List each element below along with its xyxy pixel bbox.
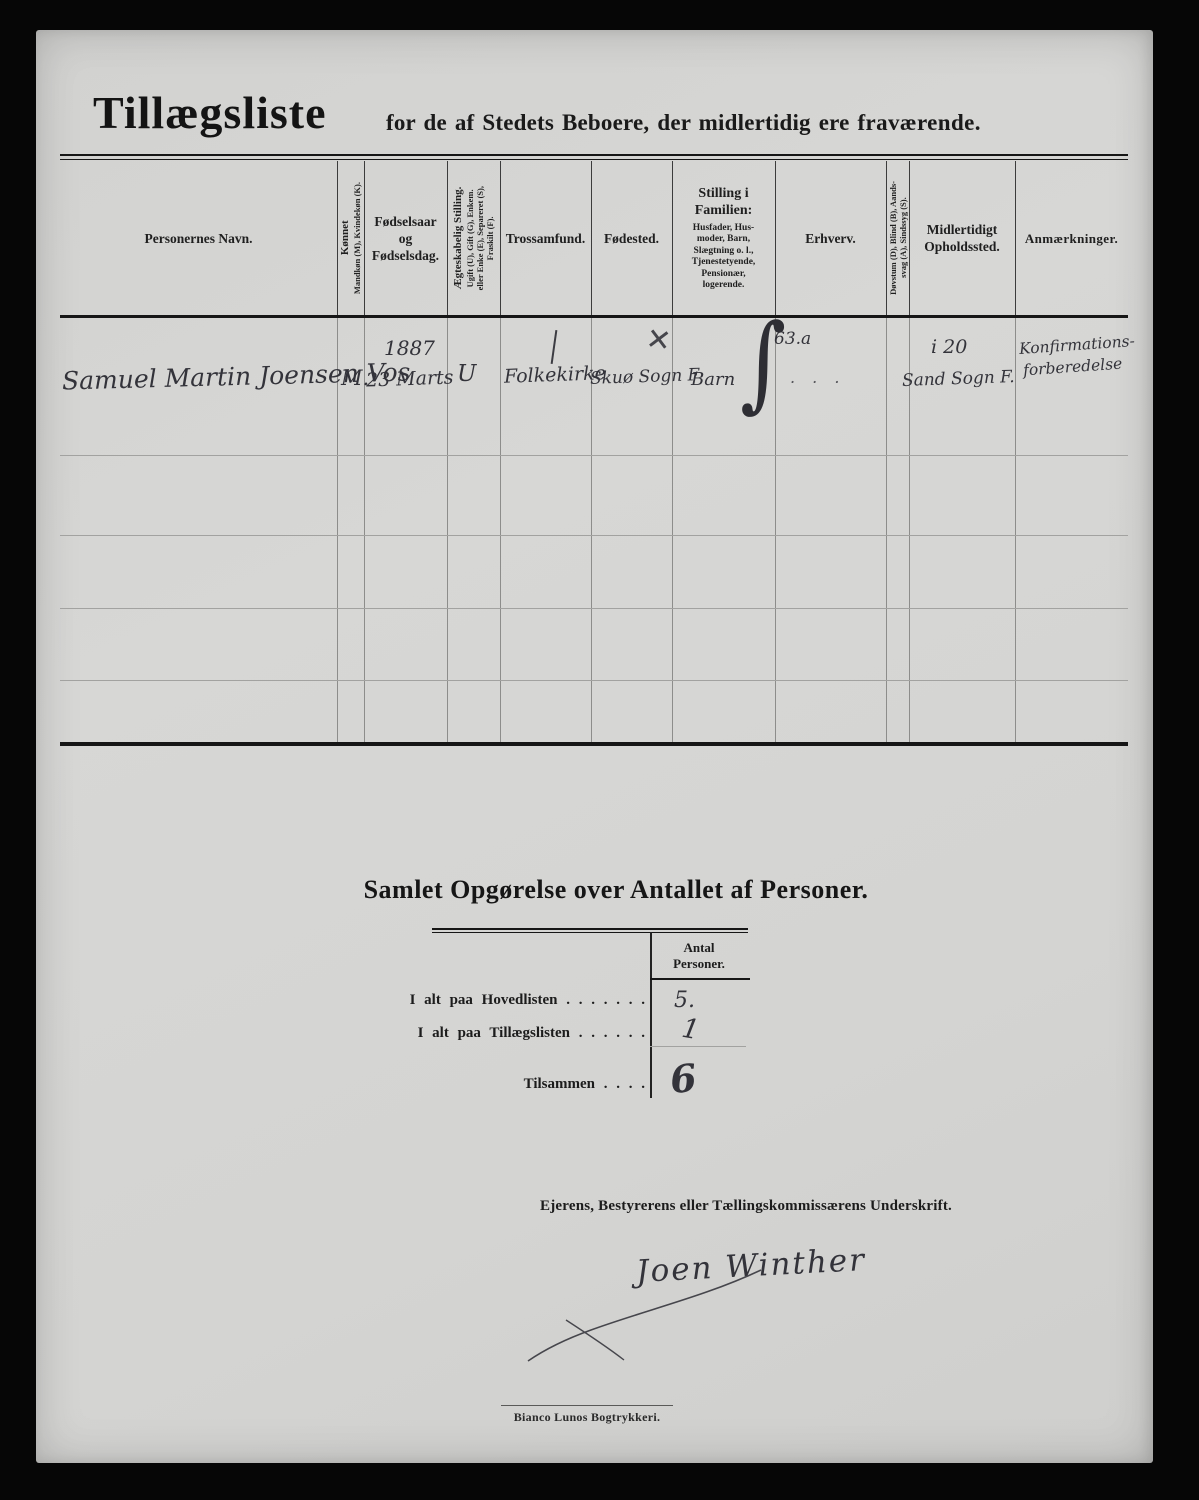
header-label: Personernes Navn. — [145, 230, 253, 247]
entry-birth-date: 23 Marts — [366, 366, 454, 391]
column-header-anmaerkninger: Anmærkninger. — [1015, 161, 1128, 315]
summary-value-hovedlisten: 5. — [674, 988, 695, 1013]
footer-rule — [501, 1405, 673, 1406]
page-title: Tillægsliste — [93, 86, 327, 139]
row-divider — [60, 608, 1128, 609]
title-rule-top — [60, 154, 1128, 156]
column-header-midlertidigt-opholdssted: Midlertidigt Opholdssted. — [909, 161, 1015, 315]
entry-remark-line2: forberedelse — [1022, 355, 1122, 380]
column-header-doevstum: Døvstum (D), Blind (B), Aands- svag (A),… — [886, 161, 909, 315]
signature-flourish — [506, 1258, 786, 1368]
summary-subtotal-rule — [650, 1046, 746, 1047]
summary-row-hovedlisten-label: I alt paa Hovedlisten . . . . . . . — [236, 992, 645, 1009]
table-bottom-rule — [60, 742, 1128, 746]
entry-temporary-residence: Sand Sogn F. — [902, 367, 1015, 391]
signature-label: Ejerens, Bestyrerens eller Tællingskommi… — [456, 1198, 1036, 1215]
header-bottom-rule — [60, 315, 1128, 318]
pen-stroke-large: ∫ — [740, 292, 786, 432]
column-header-erhverv: Erhverv. — [775, 161, 886, 315]
summary-rule-top2 — [432, 932, 748, 933]
margin-note: 63.a — [774, 329, 811, 349]
subtitle-text: for de af Stedets Beboere, der midlertid… — [386, 110, 850, 135]
pen-stroke — [551, 330, 558, 364]
title-rule-bottom — [60, 159, 1128, 160]
subtitle-emphasis: fraværende. — [857, 110, 980, 135]
entry-occupation: . . . — [790, 368, 845, 387]
summary-value-tilsammen: 6 — [668, 1055, 699, 1103]
column-header-personernes-navn: Personernes Navn. — [60, 161, 337, 315]
row-divider — [60, 680, 1128, 681]
summary-column-header: Antal Personer. — [652, 940, 746, 972]
x-mark: ✕ — [644, 321, 674, 359]
column-header-aegteskabelig-stilling: Ægteskabelig Stilling. Ugift (U), Gift (… — [447, 161, 500, 315]
entry-family-position: Barn — [691, 369, 735, 390]
vertical-header-text: Døvstum (D), Blind (B), Aands- svag (A),… — [888, 181, 908, 295]
column-header-koennet: Kønnet Mandkøn (M), Kvindekøn (K). — [337, 161, 364, 315]
summary-row-tillaegslisten-label: I alt paa Tillægslisten . . . . . . — [236, 1025, 645, 1042]
paper-sheet: Tillægsliste for de af Stedets Beboere, … — [36, 30, 1153, 1463]
page-subtitle: for de af Stedets Beboere, der midlertid… — [386, 110, 981, 136]
scanned-census-page: Tillægsliste for de af Stedets Beboere, … — [0, 0, 1199, 1500]
summary-heading: Samlet Opgørelse over Antallet af Person… — [266, 875, 966, 905]
entry-birth-year: 1887 — [384, 336, 435, 360]
entry-temporary-residence-number: i 20 — [931, 336, 967, 358]
printer-imprint: Bianco Lunos Bogtrykkeri. — [461, 1410, 713, 1425]
entry-marital-status: U — [457, 361, 476, 387]
summary-column-rule — [650, 978, 750, 980]
vertical-header-text: Kønnet Mandkøn (M), Kvindekøn (K). — [339, 182, 362, 294]
summary-rule-top — [432, 928, 748, 930]
entry-birthplace: Skuø Sogn F — [590, 365, 700, 389]
row-divider — [60, 455, 1128, 456]
column-header-foedested: Fødested. — [591, 161, 672, 315]
summary-value-tillaegslisten: 1 — [679, 1013, 701, 1047]
row-divider — [60, 535, 1128, 536]
vertical-header-text: Ægteskabelig Stilling. Ugift (U), Gift (… — [452, 186, 495, 290]
column-header-trossamfund: Trossamfund. — [500, 161, 591, 315]
summary-row-tilsammen-label: Tilsammen . . . . — [236, 1076, 645, 1093]
column-header-foedselsaar: Fødselsaar og Fødselsdag. — [364, 161, 447, 315]
